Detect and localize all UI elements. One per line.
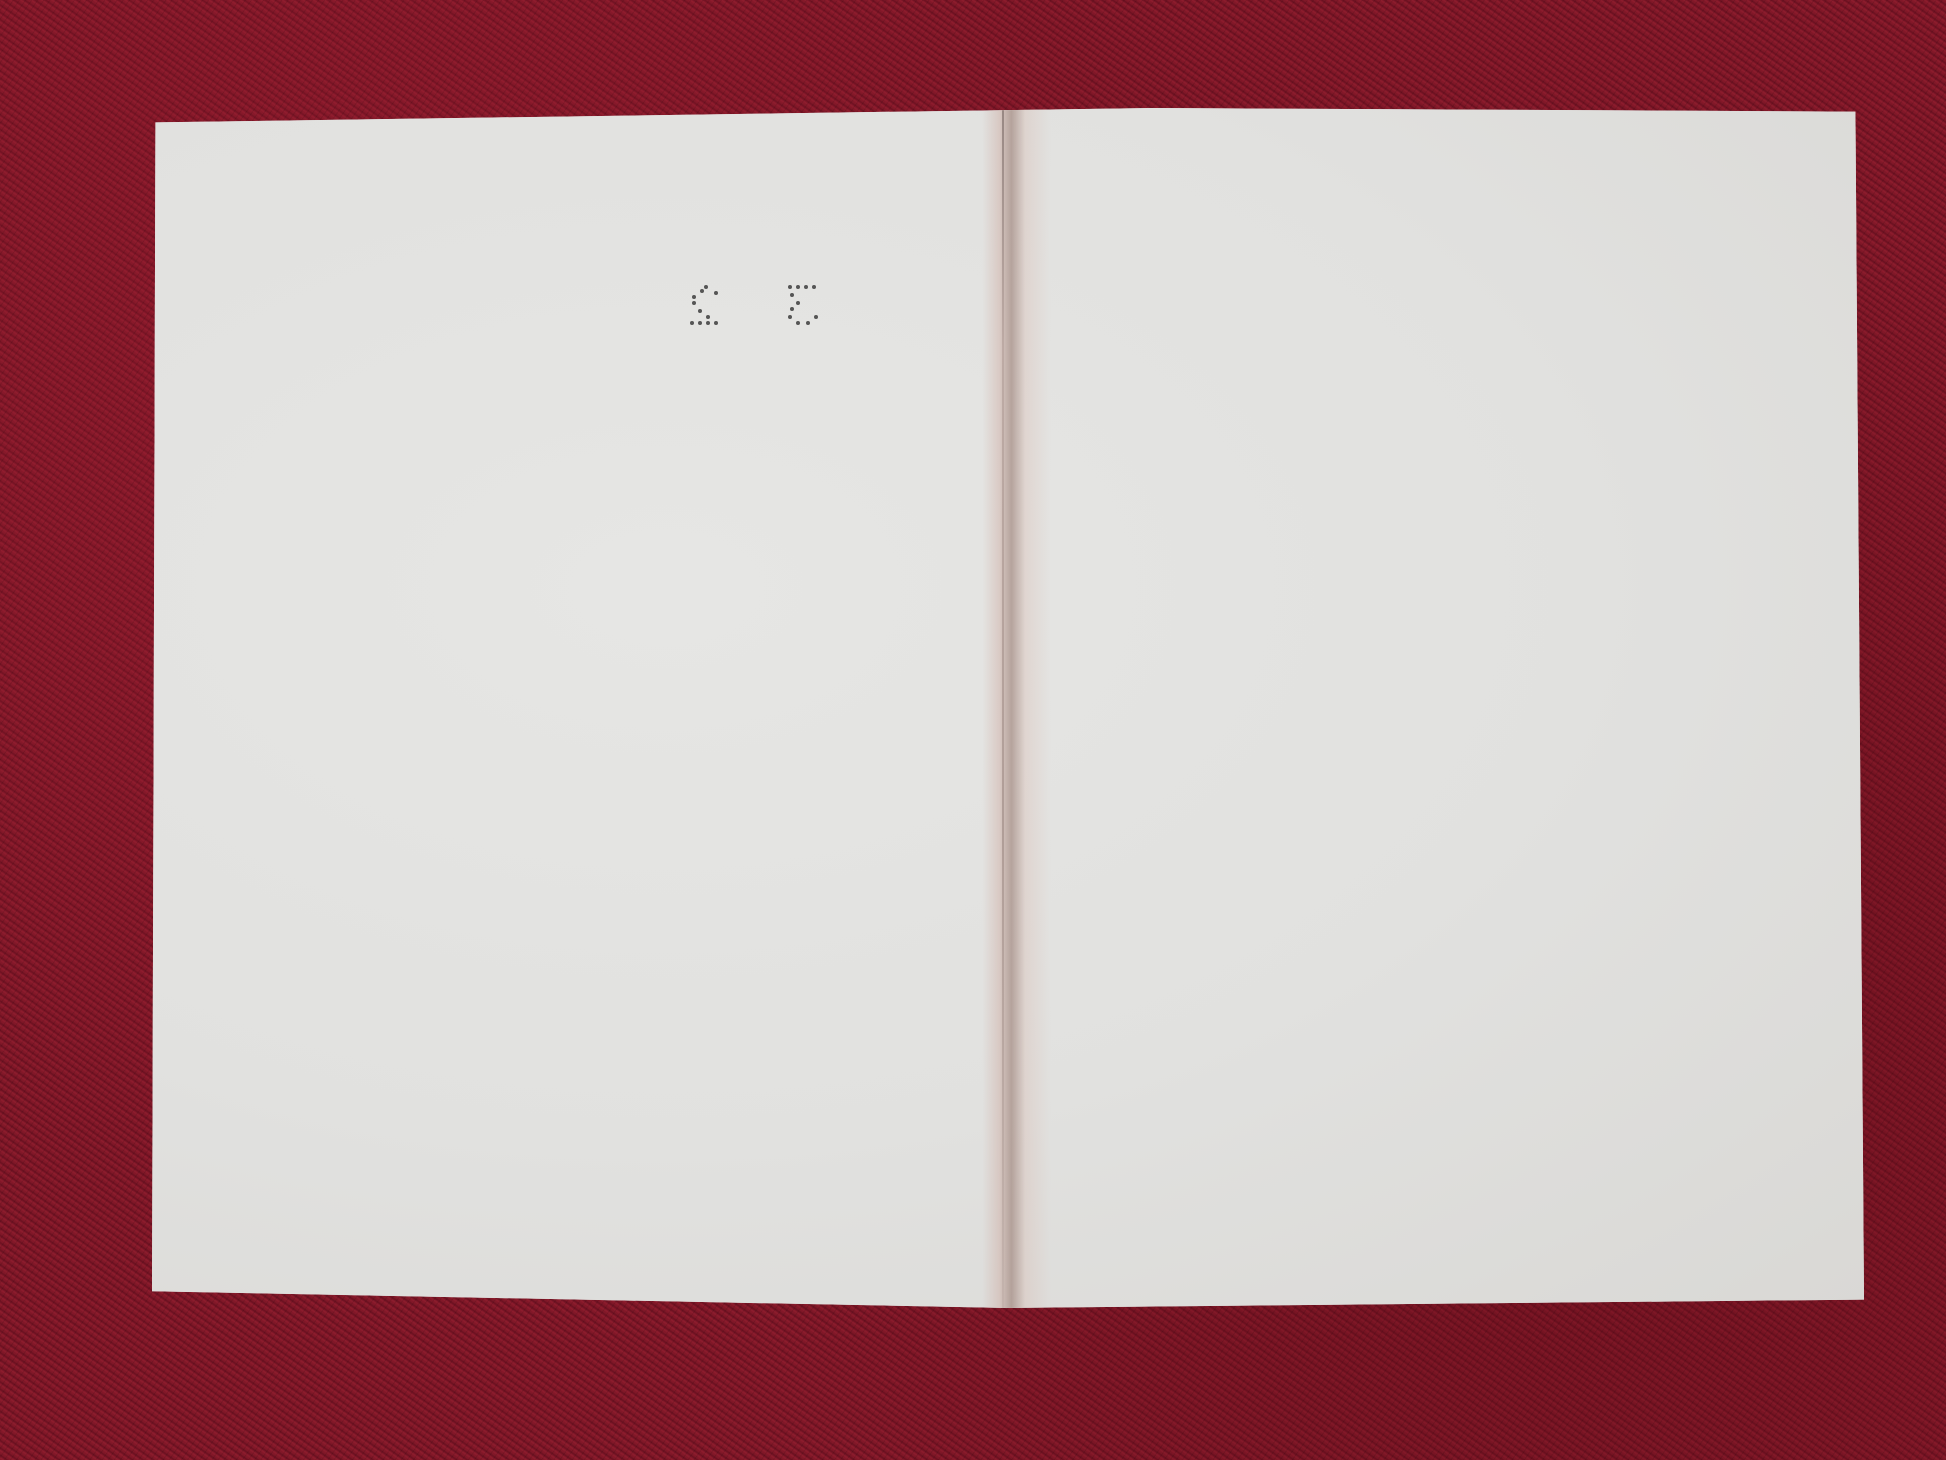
- paper-sheet: 2 3: [152, 108, 1864, 1308]
- perforated-number-2: 2: [690, 281, 730, 337]
- perforation-dots: [788, 281, 828, 337]
- perforation-dots: [690, 281, 730, 337]
- center-fold: [1002, 108, 1004, 1308]
- perforated-number-3: 3: [788, 281, 828, 337]
